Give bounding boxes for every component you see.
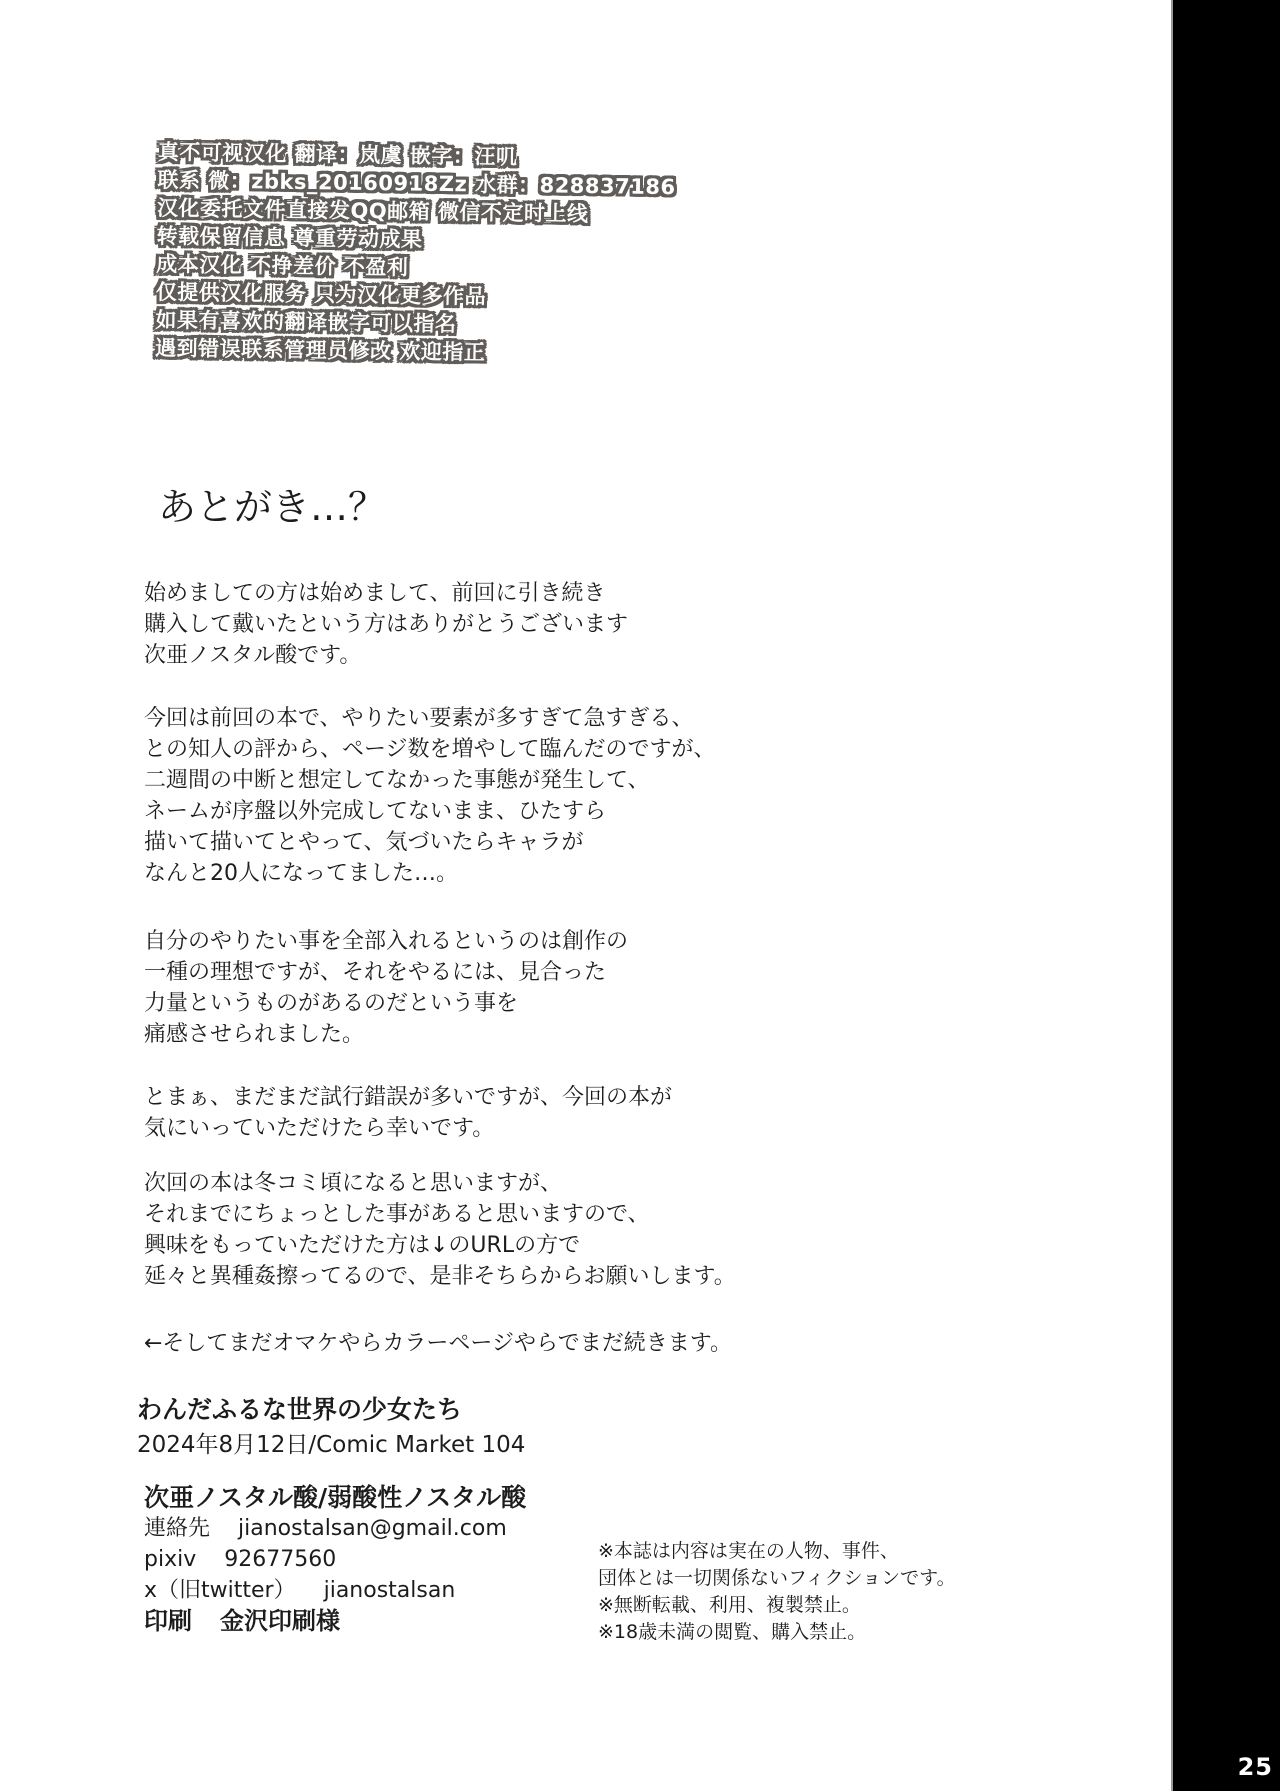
contact-row-pixiv: pixiv92677560 bbox=[144, 1544, 507, 1575]
contact-label: x（旧twitter） bbox=[144, 1578, 296, 1603]
disclaimer-text: ※本誌は内容は実在の人物、事件、 団体とは一切関係ないフィクションです。 ※無断… bbox=[598, 1538, 956, 1646]
contact-list: 連絡先jianostalsan@gmail.com pixiv92677560 … bbox=[144, 1513, 507, 1637]
contact-value: jianostalsan bbox=[324, 1578, 456, 1603]
contact-value: jianostalsan@gmail.com bbox=[238, 1516, 507, 1541]
contact-label: 連絡先 bbox=[144, 1516, 210, 1541]
circle-name: 次亜ノスタル酸/弱酸性ノスタル酸 bbox=[144, 1478, 526, 1514]
credits-line: 遇到错误联系管理员修改 欢迎指正 bbox=[155, 334, 674, 369]
contact-label: 印刷 bbox=[144, 1607, 192, 1635]
afterword-paragraph: とまぁ、まだまだ試行錯誤が多いですが、今回の本が 気にいっていただけたら幸いです… bbox=[144, 1082, 672, 1144]
contact-row-email: 連絡先jianostalsan@gmail.com bbox=[144, 1513, 507, 1544]
afterword-continuation-note: ←そしてまだオマケやらカラーページやらでまだ続きます。 bbox=[144, 1328, 732, 1359]
translation-credits: 真不可视汉化 翻译：岚虞 嵌字：汪叽 联系 微：zbks_20160918Zz … bbox=[155, 138, 676, 369]
contact-label: pixiv bbox=[144, 1547, 196, 1572]
contact-value: 92677560 bbox=[224, 1547, 336, 1572]
contact-row-printer: 印刷金沢印刷様 bbox=[144, 1606, 507, 1637]
afterword-paragraph: 次回の本は冬コミ頃になると思いますが、 それまでにちょっとした事があると思います… bbox=[144, 1168, 736, 1292]
contact-value: 金沢印刷様 bbox=[220, 1607, 340, 1635]
contact-row-twitter: x（旧twitter）jianostalsan bbox=[144, 1575, 507, 1606]
page-number: 25 bbox=[1238, 1753, 1273, 1781]
afterword-paragraph: 今回は前回の本で、やりたい要素が多すぎて急すぎる、 との知人の評から、ページ数を… bbox=[144, 703, 716, 889]
book-title: わんだふるな世界の少女たち bbox=[137, 1390, 462, 1426]
afterword-heading: あとがき…？ bbox=[158, 484, 386, 530]
spine-bar: 25 bbox=[1171, 0, 1280, 1791]
afterword-page: 真不可视汉化 翻译：岚虞 嵌字：汪叽 联系 微：zbks_20160918Zz … bbox=[0, 0, 1280, 1791]
afterword-paragraph: 始めましての方は始めまして、前回に引き続き 購入して戴いたという方はありがとうご… bbox=[144, 578, 628, 671]
afterword-paragraph: 自分のやりたい事を全部入れるというのは創作の 一種の理想ですが、それをやるには、… bbox=[144, 926, 628, 1050]
event-date: 2024年8月12日/Comic Market 104 bbox=[137, 1426, 525, 1459]
